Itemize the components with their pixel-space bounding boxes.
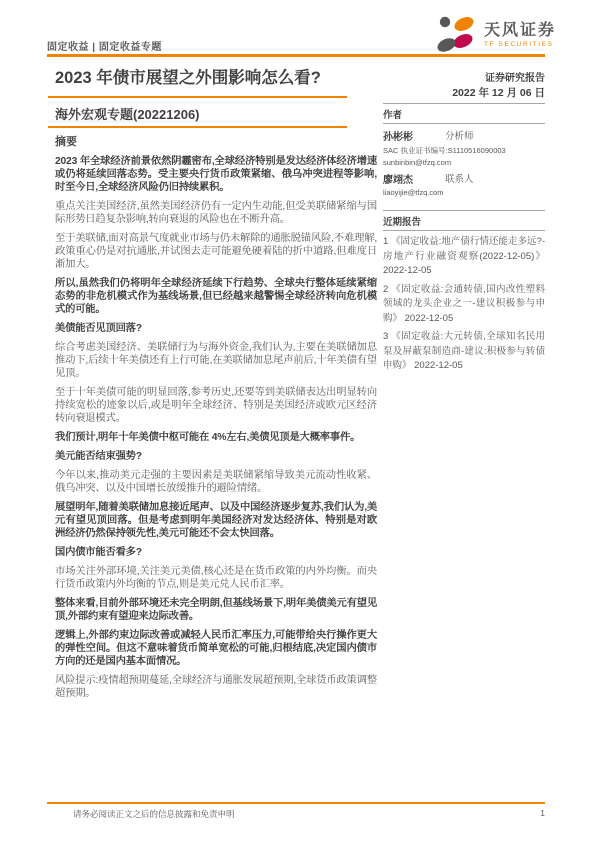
- abstract-paragraph: 今年以来,推动美元走强的主要因素是美联储紧缩导致美元流动性收紧、俄乌冲突、以及中…: [55, 469, 377, 495]
- report-subtitle: 海外宏观专题(20221206): [55, 104, 200, 123]
- author-certificate: SAC 执业证书编号:S1110516090003: [383, 145, 545, 156]
- recent-reports-label: 近期报告: [383, 211, 545, 230]
- report-category: 固定收益 | 固定收益专题: [47, 38, 162, 53]
- author-name: 廖翊杰: [383, 171, 445, 186]
- abstract-section-heading: 美债能否见顶回落?: [55, 322, 377, 335]
- author-name: 孙彬彬: [383, 128, 445, 143]
- report-title: 2023 年债市展望之外围影响怎么看?: [55, 64, 385, 88]
- abstract-paragraph: 整体来看,目前外部环境还未完全明朗,但基线场景下,明年美债美元有望见顶,外部约束…: [55, 597, 377, 623]
- abstract-paragraph: 重点关注美国经济,虽然美国经济仍有一定内生动能,但受美联储紧缩与国际形势日趋复杂…: [55, 200, 377, 226]
- abstract-paragraph: 至于十年美债可能的明显回落,参考历史,还要等到美联储表达出明显转向持续宽松的迹象…: [55, 386, 377, 425]
- abstract-paragraph: 至于美联储,面对高景气度就业市场与仍未解除的通胀脱锚风险,不难理解,政策重心仍是…: [55, 232, 377, 271]
- abstract-paragraph: 我们预计,明年十年美债中枢可能在 4%左右,美债见顶是大概率事件。: [55, 431, 377, 444]
- logo-text: 天风证券 TF SECURITIES: [484, 22, 556, 48]
- sidebar-divider: [383, 123, 545, 124]
- tf-securities-logo: 天风证券 TF SECURITIES: [437, 15, 556, 55]
- abstract-paragraph: 风险提示:疫情超预期蔓延,全球经济与通胀发展超预期,全球货币政策调整超预期。: [55, 674, 377, 700]
- authors-label: 作者: [383, 104, 545, 123]
- footer-disclaimer: 请务必阅读正文之后的信息披露和免责申明: [73, 808, 235, 820]
- report-page: 固定收益 | 固定收益专题 天风证券 TF SECURITIES 2023 年债…: [0, 0, 595, 841]
- title-divider: [48, 96, 347, 98]
- abstract-section-heading: 美元能否结束强势?: [55, 450, 377, 463]
- report-date: 2022 年 12 月 06 日: [452, 85, 545, 100]
- author-email: liaoyijie@tfzq.com: [383, 188, 545, 197]
- abstract-blocks: 2023 年全球经济前景依然阴霾密布,全球经济特别是发达经济体经济增速或仍将延续…: [55, 155, 377, 700]
- footer-page-number: 1: [540, 808, 545, 818]
- author-row: 廖翊杰 联系人: [383, 171, 545, 186]
- author-row: 孙彬彬 分析师: [383, 128, 545, 143]
- logo-company-subtitle: TF SECURITIES: [484, 41, 556, 48]
- header-divider: [47, 54, 545, 57]
- recent-report-item: 3 《固定收益:大元转债,全球知名民用泵及屏蔽泵制造商-建议:积极参与转债申购》…: [383, 330, 545, 374]
- report-type-label: 证券研究报告: [485, 69, 545, 84]
- sidebar: 作者 孙彬彬 分析师 SAC 执业证书编号:S1110516090003 sun…: [383, 103, 545, 378]
- author-role: 分析师: [445, 128, 474, 143]
- author-email: sunbinbin@tfzq.com: [383, 158, 545, 167]
- abstract-section: 摘要 2023 年全球经济前景依然阴霾密布,全球经济特别是发达经济体经济增速或仍…: [55, 133, 377, 706]
- logo-company-name: 天风证券: [484, 22, 556, 40]
- abstract-paragraph: 综合考虑美国经济、美联储行为与海外资金,我们认为,主要在美联储加息推动下,后续十…: [55, 341, 377, 380]
- abstract-paragraph: 2023 年全球经济前景依然阴霾密布,全球经济特别是发达经济体经济增速或仍将延续…: [55, 155, 377, 194]
- footer-divider: [47, 802, 545, 804]
- recent-report-item: 1 《固定收益:地产债行情还能走多远?-房地产行业融资观察(2022-12-05…: [383, 235, 545, 279]
- abstract-paragraph: 市场关注外部环境,关注美元美债,核心还是在货币政策的内外均衡。而央行货币政策内外…: [55, 565, 377, 591]
- abstract-paragraph: 所以,虽然我们仍将明年全球经济延续下行趋势、全球央行整体延续紧缩态势的非危机模式…: [55, 277, 377, 316]
- abstract-paragraph: 展望明年,随着美联储加息接近尾声、以及中国经济逐步复苏,我们认为,美元有望见顶回…: [55, 501, 377, 540]
- author-role: 联系人: [445, 171, 474, 186]
- recent-reports-list: 1 《固定收益:地产债行情还能走多远?-房地产行业融资观察(2022-12-05…: [383, 231, 545, 374]
- abstract-label: 摘要: [55, 133, 377, 149]
- subtitle-divider: [48, 126, 347, 128]
- abstract-paragraph: 逻辑上,外部约束边际改善或减轻人民币汇率压力,可能带给央行操作更大的弹性空间。但…: [55, 629, 377, 668]
- recent-report-item: 2 《固定收益:会通转债,国内改性塑料领域的龙头企业之一-建议积极参与申购》 2…: [383, 283, 545, 327]
- abstract-section-heading: 国内债市能否看多?: [55, 546, 377, 559]
- tf-logo-icon: [437, 15, 479, 55]
